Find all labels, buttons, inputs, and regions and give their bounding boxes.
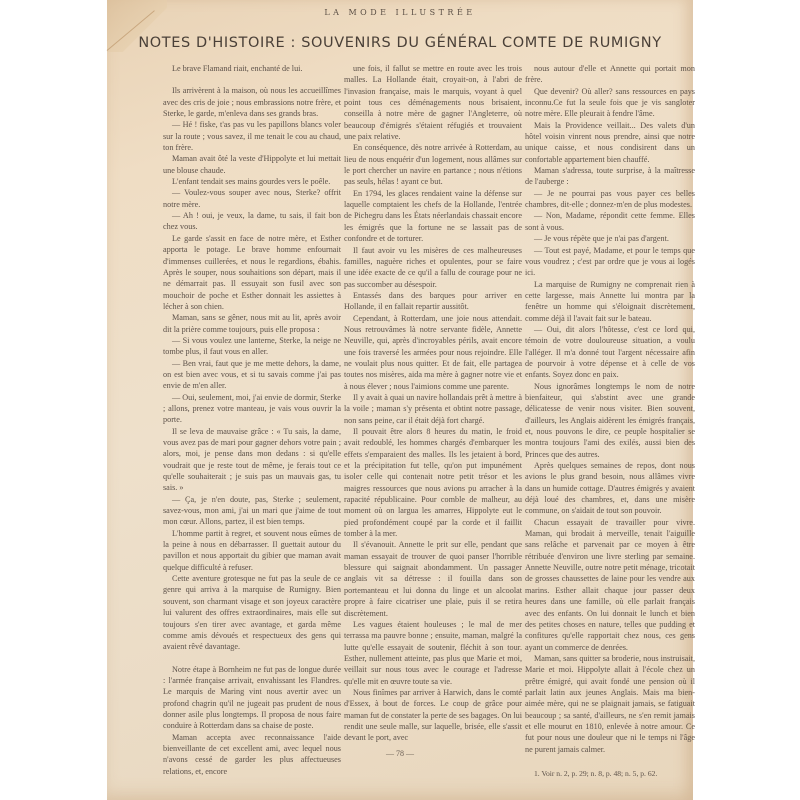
paragraph: — Je ne pourrai pas vous payer ces belle…	[525, 188, 695, 211]
paragraph: Entassés dans des barques pour arriver e…	[344, 290, 522, 313]
footnote: 1. Voir n. 2, p. 29; n. 8, p. 48; n. 5, …	[525, 768, 695, 779]
paragraph: Maman, sans quitter sa broderie, nous in…	[525, 653, 695, 755]
paragraph: une fois, il fallut se mettre en route a…	[344, 63, 522, 142]
running-head: LA MODE ILLUSTRÉE	[107, 8, 693, 17]
paragraph: Cependant, à Rotterdam, une joie nous at…	[344, 313, 522, 392]
paragraph: — Ah ! oui, je veux, la dame, tu sais, i…	[163, 210, 341, 233]
paragraph: Mais la Providence veillait... Des valet…	[525, 120, 695, 165]
paragraph: Ils arrivèrent à la maison, où nous les …	[163, 85, 341, 119]
paragraph: Il pouvait être alors 8 heures du matin,…	[344, 426, 522, 539]
column-1: Le brave Flamand riait, enchanté de lui.…	[163, 63, 341, 779]
paragraph: Il y avait à quai un navire hollandais p…	[344, 392, 522, 426]
paragraph: Le garde s'assit en face de notre mère, …	[163, 233, 341, 312]
paragraph: La marquise de Rumigny ne comprenait rie…	[525, 279, 695, 324]
article-body: Le brave Flamand riait, enchanté de lui.…	[163, 63, 695, 779]
paragraph: — Non, Madame, répondit cette femme. Ell…	[525, 210, 695, 233]
paragraph: — Hé ! fiske, t'as pas vu les papillons …	[163, 119, 341, 153]
paragraph: — Voulez-vous souper avec nous, Sterke? …	[163, 187, 341, 210]
paragraph: — Oui, dit alors l'hôtesse, c'est ce lor…	[525, 324, 695, 381]
paragraph: Chacun essayait de travailler pour vivre…	[525, 517, 695, 653]
article-title: NOTES D'HISTOIRE : SOUVENIRS DU GÉNÉRAL …	[107, 35, 693, 51]
paragraph: — Ben vrai, faut que je me mette dehors,…	[163, 358, 341, 392]
paragraph: nous autour d'elle et Annette qui portai…	[525, 63, 695, 86]
paragraph: Nous finîmes par arriver à Harwich, dans…	[344, 687, 522, 744]
paragraph: Après quelques semaines de repos, dont n…	[525, 460, 695, 517]
column-2: une fois, il fallut se mettre en route a…	[344, 63, 522, 779]
paragraph: Le brave Flamand riait, enchanté de lui.	[163, 63, 341, 74]
paragraph: Maman s'adressa, toute surprise, à la ma…	[525, 165, 695, 188]
paragraph: Notre étape à Bornheim ne fut pas de lon…	[163, 664, 341, 732]
paragraph: Il faut avoir vu les misères de ces malh…	[344, 245, 522, 290]
paragraph: Il se leva de mauvaise grâce : « Tu sais…	[163, 426, 341, 494]
paragraph: Il s'évanouit. Annette le prit sur elle,…	[344, 539, 522, 618]
paragraph: Que devenir? Où aller? sans ressources e…	[525, 86, 695, 120]
paragraph: L'enfant tendait ses mains gourdes vers …	[163, 176, 341, 187]
paragraph: — Ça, je n'en doute, pas, Sterke ; seule…	[163, 494, 341, 528]
page-number: — 78 —	[107, 749, 693, 758]
paragraph: Nous ignorâmes longtemps le nom de notre…	[525, 381, 695, 460]
paragraph: — Je vous répète que je n'ai pas d'argen…	[525, 233, 695, 244]
paragraph: — Oui, seulement, moi, j'ai envie de dor…	[163, 392, 341, 426]
paragraph: En conséquence, dès notre arrivée à Rott…	[344, 142, 522, 187]
paragraph: Les vagues étaient houleuses ; le mal de…	[344, 619, 522, 687]
paragraph: Maman, sans se gêner, nous mit au lit, a…	[163, 312, 341, 335]
paragraph: L'homme partit à regret, et souvent nous…	[163, 528, 341, 573]
column-3: nous autour d'elle et Annette qui portai…	[525, 63, 695, 779]
paragraph: Maman avait ôté la veste d'Hippolyte et …	[163, 153, 341, 176]
paragraph: En 1794, les glaces rendaient vaine la d…	[344, 188, 522, 245]
paragraph: — Tout est payé, Madame, et pour le temp…	[525, 245, 695, 279]
paragraph: — Si vous voulez une lanterne, Sterke, l…	[163, 335, 341, 358]
paragraph: Cette aventure grotesque ne fut pas la s…	[163, 573, 341, 652]
